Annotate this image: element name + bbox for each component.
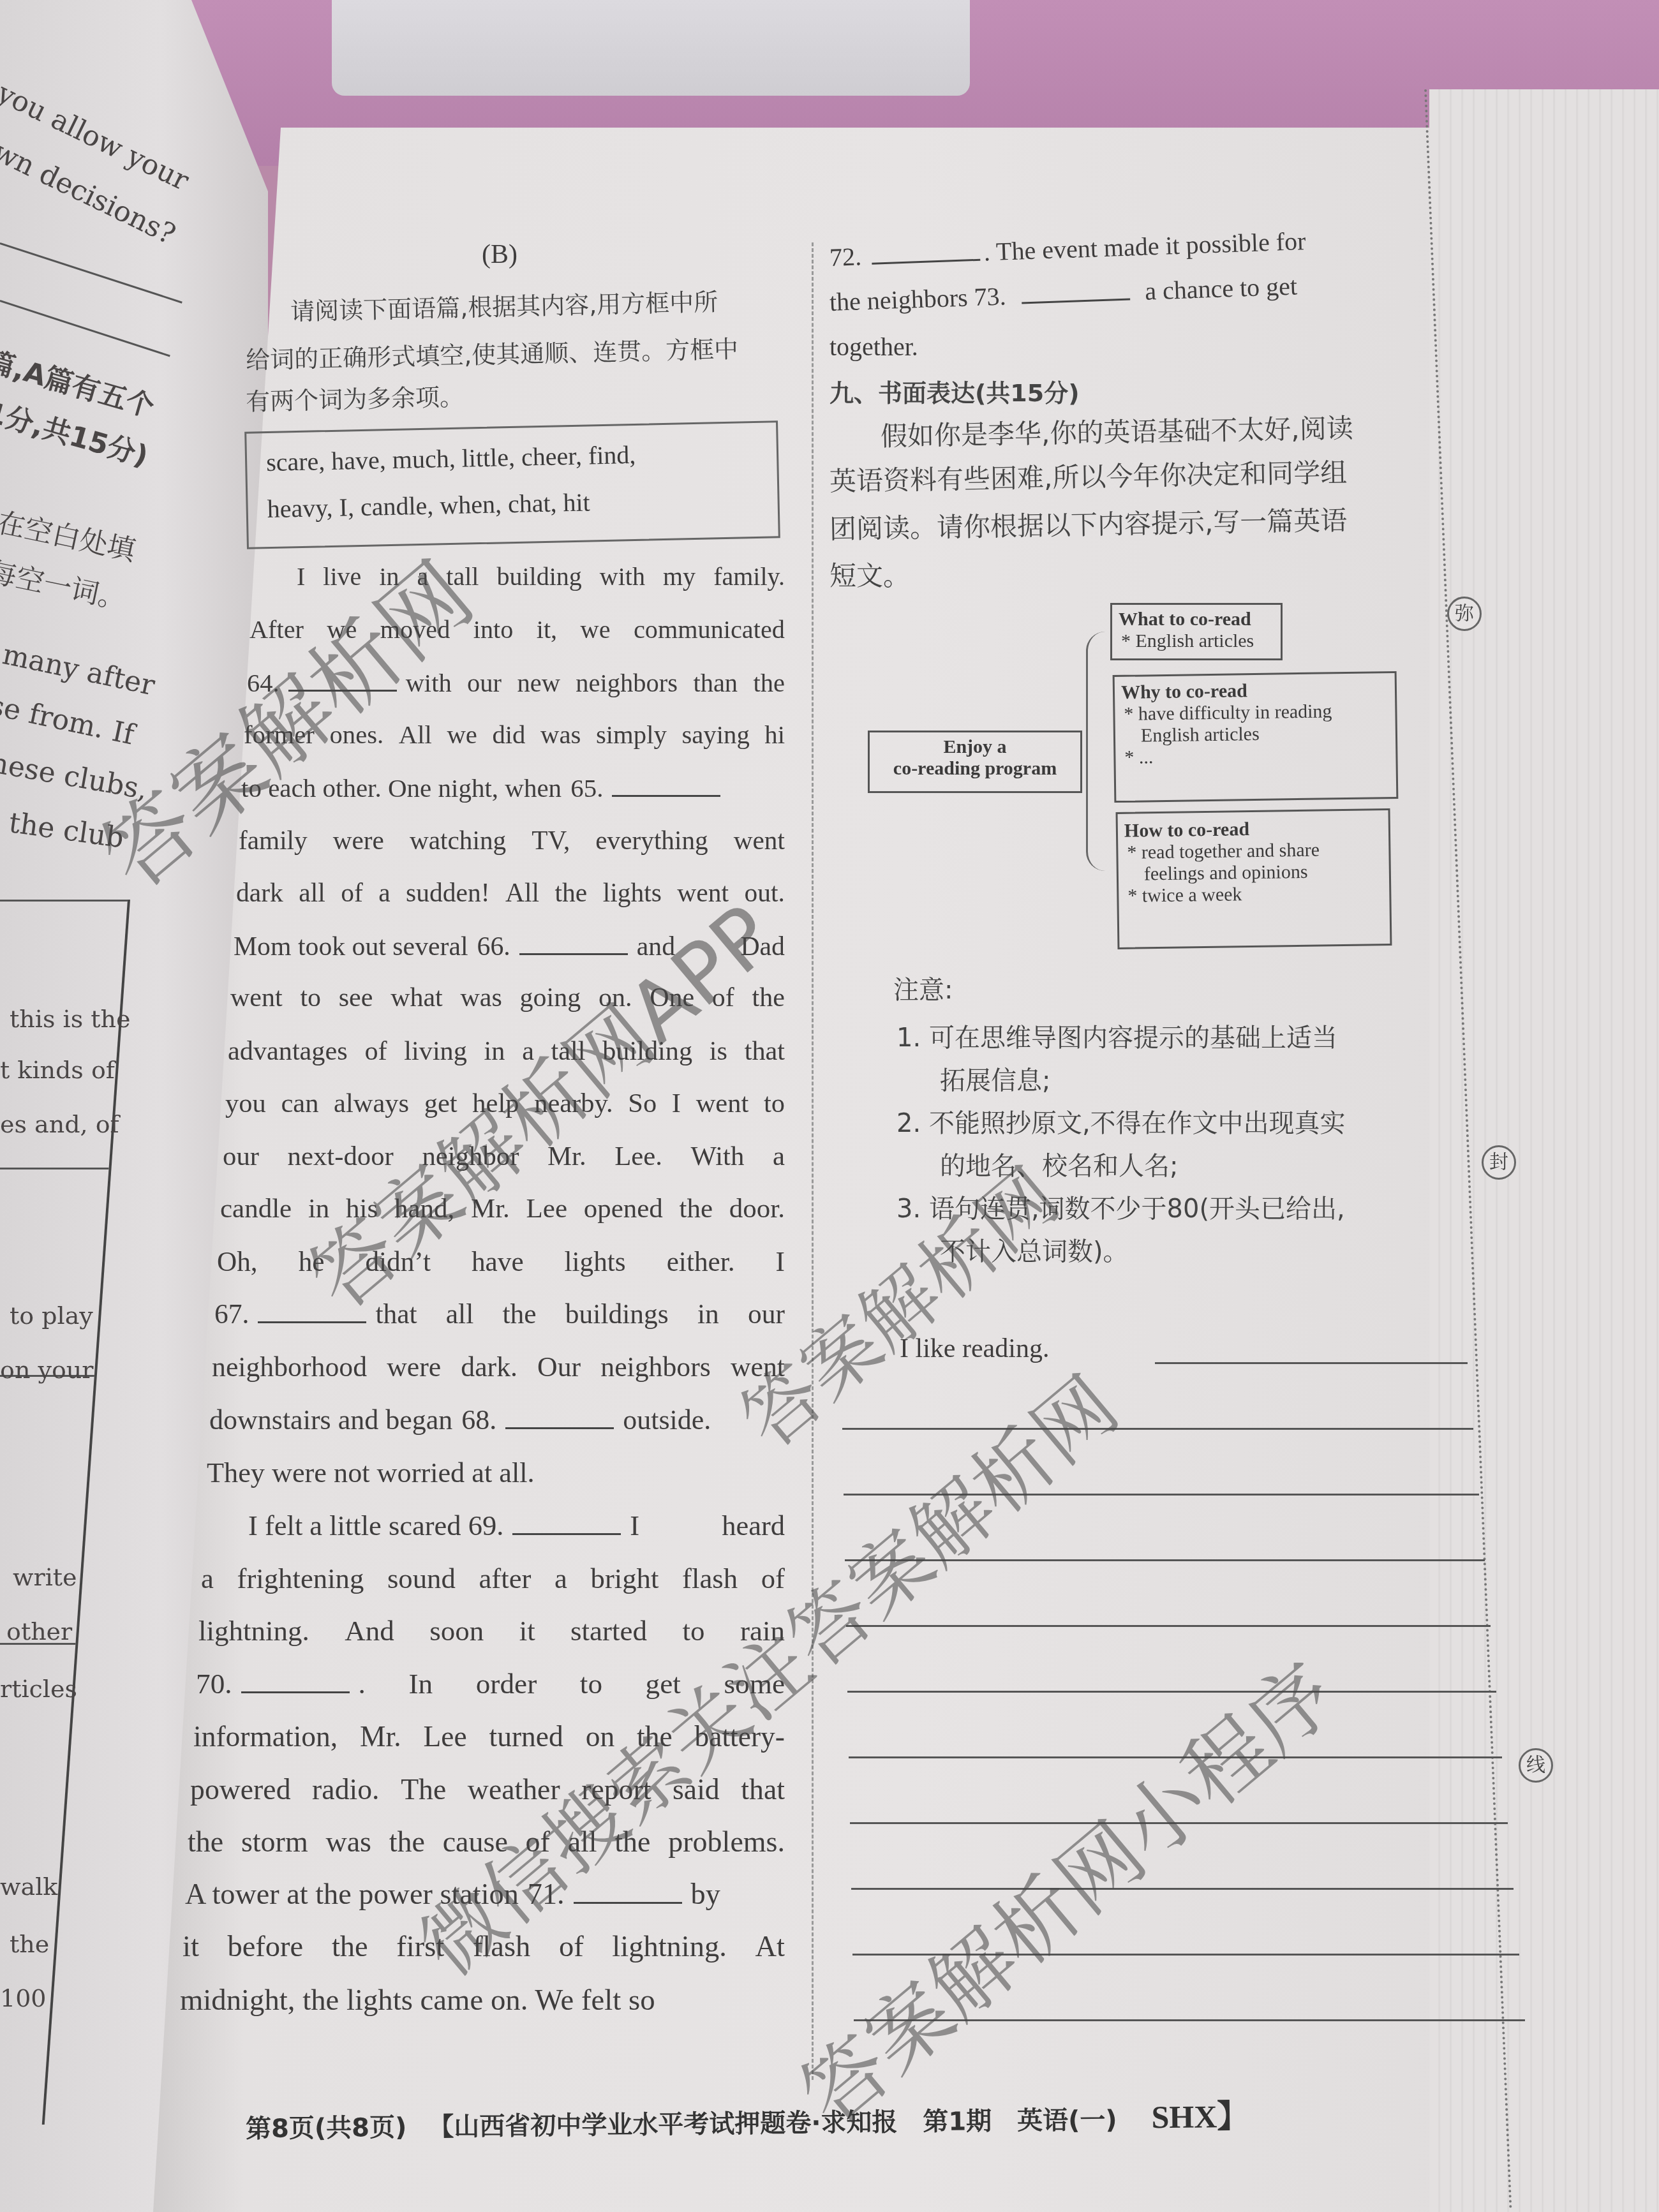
word: I (672, 1088, 681, 1119)
word: can (281, 1088, 318, 1119)
word: powered (190, 1772, 291, 1806)
left-table-text: the (10, 1930, 49, 1958)
word: advantages (228, 1035, 348, 1067)
passage-line: They were not worried at all. (207, 1457, 785, 1489)
passage-line: afrighteningsoundafterabrightflashof (201, 1562, 785, 1595)
word: family (239, 825, 308, 856)
word: of (712, 983, 734, 1013)
word: the (554, 877, 587, 908)
left-table-text: rticles (0, 1675, 77, 1703)
mind-map-center-line: Enjoy a (870, 736, 1080, 758)
word: what (391, 983, 443, 1013)
word: you (225, 1088, 266, 1119)
word: former (244, 720, 315, 750)
left-table-text: to play (10, 1302, 93, 1330)
word: is (710, 1035, 727, 1067)
word: that (741, 1772, 785, 1806)
word: Our (537, 1351, 581, 1383)
word: I (297, 561, 305, 591)
answer-blank[interactable] (512, 1510, 621, 1535)
footer-page: 第8页(共8页) (246, 2113, 407, 2144)
word: TV, (532, 825, 570, 856)
left-passage-line: l the club (0, 804, 126, 855)
blank-number: 68. (461, 1404, 496, 1436)
passage-text: Mom took out several (234, 932, 468, 962)
word: lightning. (612, 1930, 727, 1964)
writing-heading: 九、书面表达(共15分) (829, 373, 1080, 408)
word: our (223, 1141, 259, 1172)
word: building (602, 1035, 692, 1067)
writing-answer-line[interactable] (842, 1428, 1473, 1430)
passage-line: 67.that all the buildings in our (214, 1298, 785, 1330)
word: living (404, 1035, 467, 1067)
writing-answer-line[interactable] (846, 1625, 1491, 1627)
word: tall (551, 1035, 586, 1067)
passage-line: youcanalwaysgethelpnearby.SoIwentto (225, 1088, 785, 1119)
writing-prompt-line: 短文。 (829, 555, 910, 593)
writing-answer-line[interactable] (1155, 1362, 1468, 1364)
passage-line: ournext-doorneighborMr.Lee.Witha (223, 1141, 785, 1172)
word: of (761, 1562, 785, 1595)
word: went (696, 1088, 749, 1119)
word: Mr. (547, 1141, 586, 1172)
mind-map-center-line: co-reading program (870, 758, 1080, 780)
word: the (614, 1825, 650, 1859)
passage-text: by (691, 1878, 785, 1911)
word: my (663, 561, 696, 591)
word: neighbor (422, 1141, 519, 1172)
word: the (389, 1825, 425, 1859)
column-divider (812, 242, 814, 2080)
mind-map-center: Enjoy a co-reading program (868, 731, 1082, 793)
word: flash (682, 1562, 738, 1595)
word: it (519, 1614, 535, 1647)
left-table-text: this is the (10, 1005, 130, 1033)
word: door. (729, 1193, 785, 1224)
branch-item: feelings and opinions (1125, 860, 1383, 886)
word: get (424, 1088, 458, 1119)
passage-line: darkallofasudden!Allthelightswentout. (236, 877, 785, 908)
word: dark. (461, 1351, 517, 1383)
left-table-text: other (6, 1617, 72, 1645)
word: opened (584, 1193, 663, 1224)
word: out. (745, 877, 785, 908)
word: tall (446, 561, 479, 591)
blank-73[interactable] (1021, 276, 1130, 304)
branch-item: * English articles (1119, 630, 1274, 652)
word: All (505, 877, 539, 908)
word: on. (599, 983, 632, 1013)
word: At (755, 1930, 785, 1964)
passage-line: familywerewatchingTV,everythingwent (239, 825, 785, 856)
word: weather (468, 1772, 560, 1806)
writing-answer-line[interactable] (849, 1756, 1502, 1758)
writing-answer-line[interactable] (847, 1691, 1496, 1693)
note-line: 不计入总词数)。 (940, 1231, 1129, 1268)
word-bank-box: scare, have, much, little, cheer, find, … (244, 420, 780, 549)
word: sound (387, 1562, 456, 1595)
word: of (341, 877, 363, 908)
word: his (346, 1193, 378, 1224)
word: went (731, 1351, 785, 1383)
word: Mr. (471, 1193, 510, 1224)
word: all (299, 877, 325, 908)
mind-map-brace (1086, 632, 1113, 871)
word: Lee. (614, 1141, 662, 1172)
word: moved (380, 614, 450, 644)
passage-text: with our new neighbors than the (406, 668, 785, 698)
blank-number: 64. (247, 668, 279, 698)
passage-line: A tower at the power station71.by (185, 1878, 785, 1911)
blank-number: 67. (214, 1298, 249, 1330)
word: said (673, 1772, 720, 1806)
word: cause (443, 1825, 508, 1859)
book-stack-edge (332, 0, 970, 96)
left-table-text: walk (0, 1873, 57, 1901)
word: The (401, 1772, 446, 1806)
word: battery- (694, 1719, 784, 1753)
word: After (249, 614, 304, 644)
binding-margin (1429, 89, 1659, 2212)
footer-series: 【山西省初中学业水平考试押题卷·求知报 (428, 2108, 898, 2142)
passage-line: information,Mr.Leeturnedonthebattery- (193, 1719, 785, 1753)
word: turned (489, 1719, 563, 1753)
answer-blank[interactable] (241, 1668, 350, 1693)
blank-number: 65. (570, 773, 603, 803)
word: the (680, 1193, 713, 1224)
passage-line: candleinhishand,Mr.Leeopenedthedoor. (220, 1193, 785, 1224)
word: sudden! (406, 877, 489, 908)
word: frightening (237, 1562, 364, 1595)
word: dark (236, 877, 283, 908)
section-title: (B) (482, 239, 517, 270)
mind-map-branch-why: Why to co-read * have difficulty in read… (1113, 671, 1399, 803)
passage-line: thestormwasthecauseofalltheproblems. (188, 1825, 785, 1859)
word: was (540, 720, 581, 750)
passage-text: the neighbors (829, 283, 968, 316)
word: neighborhood (212, 1351, 367, 1383)
passage-line: I felt a little scared 69.I heard (204, 1509, 785, 1542)
left-table-text: write (13, 1563, 77, 1591)
word: in (379, 561, 399, 591)
word: we (581, 614, 611, 644)
passage-text: I heard (630, 1509, 785, 1542)
left-table-text: es and, of (0, 1110, 119, 1138)
passage-line: 64.with our new neighbors than the (247, 667, 785, 698)
table-rule (0, 900, 128, 902)
passage-text: A tower at the power station (185, 1878, 519, 1911)
passage-line: Iliveinatallbuildingwithmyfamily. (252, 561, 785, 591)
word: everything (595, 825, 708, 856)
word: lights (565, 1246, 626, 1278)
word-bank-line: heavy, I, candle, when, chat, hit (267, 487, 590, 524)
word: after (479, 1562, 531, 1595)
writing-answer-line[interactable] (844, 1494, 1479, 1496)
word: Lee (526, 1193, 567, 1224)
word: with (600, 561, 645, 591)
passage-text: that all the buildings in our (375, 1298, 785, 1330)
word: Oh, (217, 1246, 258, 1278)
note-line: 的地名、校名和人名; (940, 1146, 1178, 1182)
word: radio. (312, 1772, 379, 1806)
word: a (201, 1562, 214, 1595)
word: So (628, 1088, 657, 1119)
word: ones. (329, 720, 383, 750)
footer-issue: 第1期 (923, 2107, 992, 2137)
word: in (484, 1035, 505, 1067)
writing-answer-line[interactable] (850, 1822, 1508, 1824)
left-passage-line: many after (0, 638, 158, 702)
mind-map-branch-how: How to co-read * read together and share… (1116, 808, 1392, 949)
word: he (299, 1246, 325, 1278)
word: see (339, 983, 373, 1013)
passage-line: advantagesoflivinginatallbuildingisthat (228, 1035, 785, 1067)
word: started (570, 1614, 647, 1647)
table-rule (0, 1168, 109, 1169)
writing-answer-line[interactable] (854, 2019, 1525, 2021)
blank-number: 70. (196, 1667, 232, 1700)
word: simply (596, 720, 667, 750)
branch-title: What to co-read (1119, 609, 1274, 630)
passage-text: downstairs and began (209, 1404, 452, 1436)
word: a (378, 877, 390, 908)
word-bank-line: scare, have, much, little, cheer, find, (266, 440, 636, 477)
word: in (308, 1193, 329, 1224)
passage-line: lightning.Andsoonitstartedtorain (198, 1614, 785, 1647)
word: went (734, 825, 785, 856)
word: building (496, 561, 581, 591)
word: we (447, 720, 477, 750)
word: went (230, 983, 283, 1013)
word: candle (220, 1193, 292, 1224)
word: first (396, 1930, 444, 1964)
left-passage-line: se from. If (0, 689, 137, 752)
branch-item: * ... (1122, 743, 1389, 769)
word: on (586, 1719, 615, 1753)
note-line: 1. 可在思维导图内容提示的基础上适当 (896, 1018, 1337, 1054)
word: the (332, 1930, 368, 1964)
word: bright (591, 1562, 659, 1595)
footer-code: SHX】 (1151, 2098, 1249, 2135)
passage-line: together. (829, 332, 918, 362)
passage-line: midnight, the lights came on. We felt so (180, 1983, 785, 2017)
passage-line: to each other. One night, when65. (241, 772, 785, 803)
blank-number: 73. (974, 281, 1007, 311)
note-line: 拓展信息; (940, 1060, 1050, 1097)
seal-mark-xian: 线 (1519, 1748, 1553, 1783)
word: always (334, 1088, 409, 1119)
word: information, (193, 1719, 338, 1753)
word: report (581, 1772, 651, 1806)
word: All (399, 720, 432, 750)
blank-number: 72. (829, 242, 862, 272)
passage-text: I felt a little scared 69. (248, 1509, 503, 1542)
word: saying (681, 720, 749, 750)
writing-answer-line[interactable] (845, 1559, 1485, 1561)
word: a (522, 1035, 534, 1067)
word: One (650, 983, 694, 1013)
word: went (677, 877, 729, 908)
passage-line: poweredradio.Theweatherreportsaidthat (190, 1772, 785, 1806)
word: live (323, 561, 361, 591)
word: nearby. (534, 1088, 613, 1119)
word: all (568, 1825, 597, 1859)
answer-blank[interactable] (574, 1879, 682, 1904)
word: Lee (423, 1719, 466, 1753)
word: to (764, 1088, 785, 1119)
word: were (387, 1351, 441, 1383)
branch-item: * read together and share (1124, 838, 1382, 864)
word: either. (667, 1246, 735, 1278)
writing-answer-line[interactable] (852, 1954, 1519, 1956)
word: it, (537, 614, 557, 644)
answer-line (0, 242, 182, 304)
word: And (345, 1614, 394, 1647)
blank-72[interactable] (871, 236, 980, 265)
passage-line: itbeforethefirstflashoflightning.At (182, 1930, 785, 1964)
word: watching (410, 825, 506, 856)
word: rain (740, 1614, 785, 1647)
word: it (182, 1930, 199, 1964)
word: we (327, 614, 357, 644)
footer-subject: 英语(一) (1017, 2105, 1117, 2136)
word: were (333, 825, 384, 856)
left-table-text: t kinds of (0, 1056, 115, 1084)
word: of (526, 1825, 550, 1859)
word: of (559, 1930, 584, 1964)
word: the (188, 1825, 223, 1859)
passage-line: downstairs and began68.outside. (209, 1404, 785, 1436)
answer-blank[interactable] (258, 1298, 366, 1323)
passage-text: and Dad (637, 932, 785, 962)
word: hand, (394, 1193, 454, 1224)
notes-title: 注意: (893, 970, 953, 1006)
word: was (325, 1825, 371, 1859)
answer-blank[interactable] (519, 930, 628, 955)
writing-answer-line[interactable] (851, 1888, 1514, 1890)
word: to (683, 1614, 705, 1647)
word: before (227, 1930, 303, 1964)
word: help (472, 1088, 519, 1119)
essay-opening: I like reading. (900, 1333, 1049, 1364)
passage-text: . In order to get some (359, 1667, 785, 1700)
note-line: 3. 语句连贯,词数不少于80(开头已给出, (896, 1189, 1345, 1225)
word: storm (241, 1825, 308, 1859)
word: next-door (288, 1141, 394, 1172)
answer-blank[interactable] (288, 667, 397, 692)
word: flash (473, 1930, 530, 1964)
word: a (554, 1562, 567, 1595)
blank-number: 66. (477, 932, 510, 962)
word: the (752, 983, 785, 1013)
left-table-text: 100 (0, 1984, 47, 2012)
word: was (461, 983, 502, 1013)
left-table-text: on your (0, 1356, 93, 1384)
word: soon (429, 1614, 484, 1647)
branch-item: * have difficulty in reading (1121, 700, 1388, 725)
word: With (691, 1141, 745, 1172)
seal-mark-mi: 弥 (1447, 597, 1482, 631)
branch-title: How to co-read (1124, 817, 1382, 842)
word: that (745, 1035, 785, 1067)
word: family. (713, 561, 785, 591)
left-passage-line: hese clubs, (0, 746, 150, 806)
word: a (417, 561, 429, 591)
branch-item: * twice a week (1125, 882, 1383, 907)
branch-item: English articles (1122, 722, 1389, 747)
passage-line: 70.. In order to get some (196, 1667, 785, 1700)
mind-map-branch-what: What to co-read * English articles (1110, 603, 1283, 660)
word: to (300, 983, 321, 1013)
instruction-line: 有两个词为多余项。 (245, 377, 464, 417)
word: didn’t (365, 1246, 431, 1278)
word: did (492, 720, 525, 750)
passage-line: Oh,hedidn’thavelightseither.I (217, 1246, 785, 1278)
passage-line: Mom took out several66.and Dad (234, 930, 785, 962)
passage-text: a chance to get (1145, 271, 1298, 305)
passage-text: outside. (623, 1404, 785, 1436)
word: communicated (634, 614, 785, 644)
word: hi (764, 720, 785, 750)
word: into (473, 614, 514, 644)
passage-text: to each other. One night, when (241, 773, 562, 803)
passage-line: neighborhoodweredark.Ourneighborswent (212, 1351, 785, 1383)
passage-line: formerones.Allwedidwassimplysayinghi (244, 720, 785, 750)
passage-line: wenttoseewhatwasgoingon.Oneofthe (230, 983, 785, 1013)
word: Mr. (360, 1719, 401, 1753)
word: problems. (668, 1825, 785, 1859)
blank-number: 71. (528, 1878, 565, 1911)
answer-blank[interactable] (612, 772, 720, 797)
word: lightning. (198, 1614, 309, 1647)
seal-mark-feng: 封 (1482, 1145, 1516, 1180)
answer-blank[interactable] (505, 1404, 614, 1429)
word: going (520, 983, 581, 1013)
word: I (776, 1246, 785, 1278)
word: a (773, 1141, 785, 1172)
word: of (364, 1035, 387, 1067)
word: the (637, 1719, 673, 1753)
word: lights (603, 877, 662, 908)
passage-line: Afterwemovedintoit,wecommunicated (249, 614, 785, 644)
note-line: 2. 不能照抄原文,不得在作文中出现真实 (896, 1103, 1346, 1139)
word: neighbors (600, 1351, 711, 1383)
word: have (472, 1246, 524, 1278)
